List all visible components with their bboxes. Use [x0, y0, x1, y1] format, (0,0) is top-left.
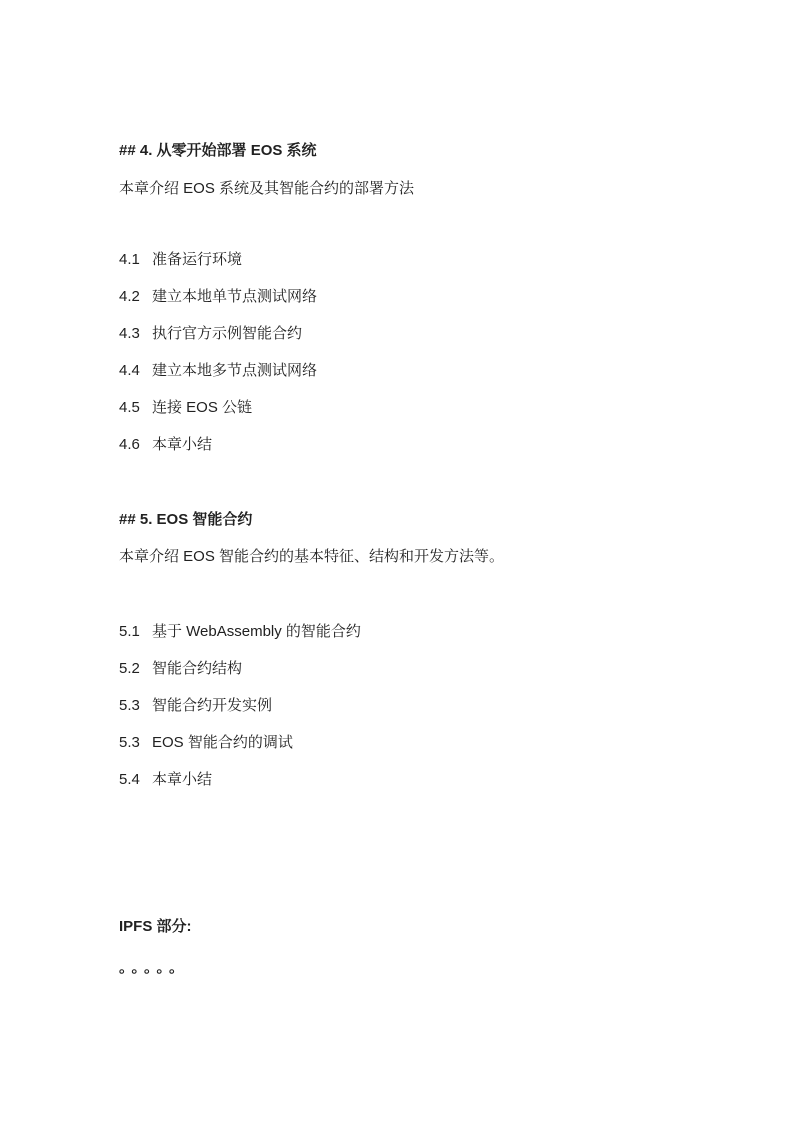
item-text: 建立本地单节点测试网络	[152, 288, 317, 305]
item-number: 5.2	[119, 659, 140, 679]
section-4-intro: 本章介绍 EOS 系统及其智能合约的部署方法	[119, 179, 713, 199]
toc-item-5-4: 5.4本章小结	[119, 770, 713, 790]
toc-item-4-3: 4.3执行官方示例智能合约	[119, 324, 713, 344]
section-4-heading: ## 4. 从零开始部署 EOS 系统	[119, 141, 713, 161]
item-number: 4.1	[119, 250, 140, 270]
item-text: 执行官方示例智能合约	[152, 325, 302, 342]
toc-item-4-1: 4.1准备运行环境	[119, 250, 713, 270]
item-number: 5.3	[119, 696, 140, 716]
ellipsis-dots: 。。。。。	[119, 958, 713, 978]
item-text: 基于 WebAssembly 的智能合约	[152, 623, 361, 640]
item-number: 4.5	[119, 398, 140, 418]
toc-item-5-2: 5.2智能合约结构	[119, 659, 713, 679]
item-text: 智能合约结构	[152, 660, 242, 677]
item-number: 5.4	[119, 770, 140, 790]
item-text: 本章小结	[152, 771, 212, 788]
item-number: 4.2	[119, 287, 140, 307]
section-5-heading: ## 5. EOS 智能合约	[119, 510, 713, 530]
toc-item-4-2: 4.2建立本地单节点测试网络	[119, 287, 713, 307]
item-number: 4.6	[119, 435, 140, 455]
item-text: 连接 EOS 公链	[152, 399, 252, 416]
item-number: 5.3	[119, 733, 140, 753]
item-text: 本章小结	[152, 436, 212, 453]
toc-item-5-3b: 5.3EOS 智能合约的调试	[119, 733, 713, 753]
footer-ipfs-label: IPFS 部分:	[119, 917, 713, 937]
toc-item-5-3: 5.3智能合约开发实例	[119, 696, 713, 716]
item-number: 5.1	[119, 622, 140, 642]
item-number: 4.3	[119, 324, 140, 344]
item-number: 4.4	[119, 361, 140, 381]
item-text: 智能合约开发实例	[152, 697, 272, 714]
toc-item-4-6: 4.6本章小结	[119, 435, 713, 455]
item-text: EOS 智能合约的调试	[152, 734, 293, 751]
item-text: 准备运行环境	[152, 251, 242, 268]
section-5-intro: 本章介绍 EOS 智能合约的基本特征、结构和开发方法等。	[119, 547, 713, 567]
toc-item-4-5: 4.5连接 EOS 公链	[119, 398, 713, 418]
toc-item-4-4: 4.4建立本地多节点测试网络	[119, 361, 713, 381]
toc-item-5-1: 5.1基于 WebAssembly 的智能合约	[119, 622, 713, 642]
document-page: ## 4. 从零开始部署 EOS 系统 本章介绍 EOS 系统及其智能合约的部署…	[0, 0, 793, 1122]
item-text: 建立本地多节点测试网络	[152, 362, 317, 379]
